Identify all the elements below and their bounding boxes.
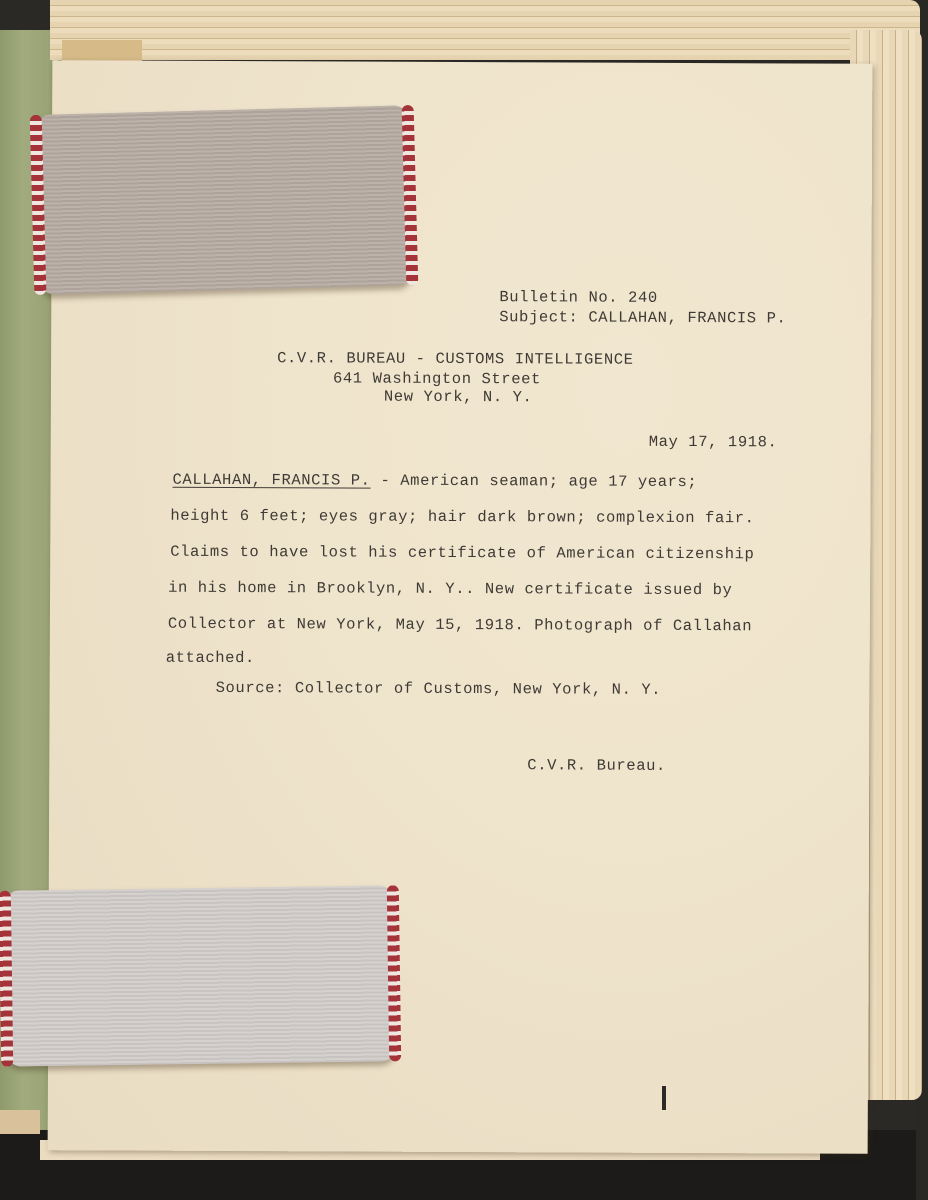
ink-mark <box>662 1086 666 1110</box>
red-stitching-right <box>387 885 401 1061</box>
body-line-1-rest: - American seaman; age 17 years; <box>371 472 698 491</box>
subject-name-underlined: CALLAHAN, FRANCIS P. <box>173 471 371 490</box>
body-line-2: height 6 feet; eyes gray; hair dark brow… <box>170 509 754 527</box>
cloth-weight-top[interactable] <box>36 105 413 295</box>
red-stitching-left <box>0 891 13 1067</box>
binder-spine-edge <box>0 1110 40 1134</box>
subject-line: Subject: CALLAHAN, FRANCIS P. <box>499 310 786 327</box>
body-line-5: Collector at New York, May 15, 1918. Pho… <box>168 617 752 635</box>
source-line: Source: Collector of Customs, New York, … <box>216 681 662 698</box>
letterhead-street: 641 Washington Street <box>333 371 541 387</box>
body-line-3: Claims to have lost his certificate of A… <box>170 545 754 563</box>
body-line-1: CALLAHAN, FRANCIS P. - American seaman; … <box>173 473 698 491</box>
bulletin-number: Bulletin No. 240 <box>499 290 658 306</box>
body-line-4: in his home in Brooklyn, N. Y.. New cert… <box>168 581 732 599</box>
body-line-6: attached. <box>166 651 255 667</box>
document-date: May 17, 1918. <box>649 435 778 451</box>
cloth-weight-bottom[interactable] <box>5 885 395 1066</box>
letterhead-bureau: C.V.R. BUREAU - CUSTOMS INTELLIGENCE <box>277 351 634 368</box>
paper-stack-top <box>50 0 920 60</box>
signature: C.V.R. Bureau. <box>527 758 666 774</box>
scanned-archive-page: Bulletin No. 240 Subject: CALLAHAN, FRAN… <box>0 0 928 1200</box>
letterhead-city: New York, N. Y. <box>384 390 533 406</box>
